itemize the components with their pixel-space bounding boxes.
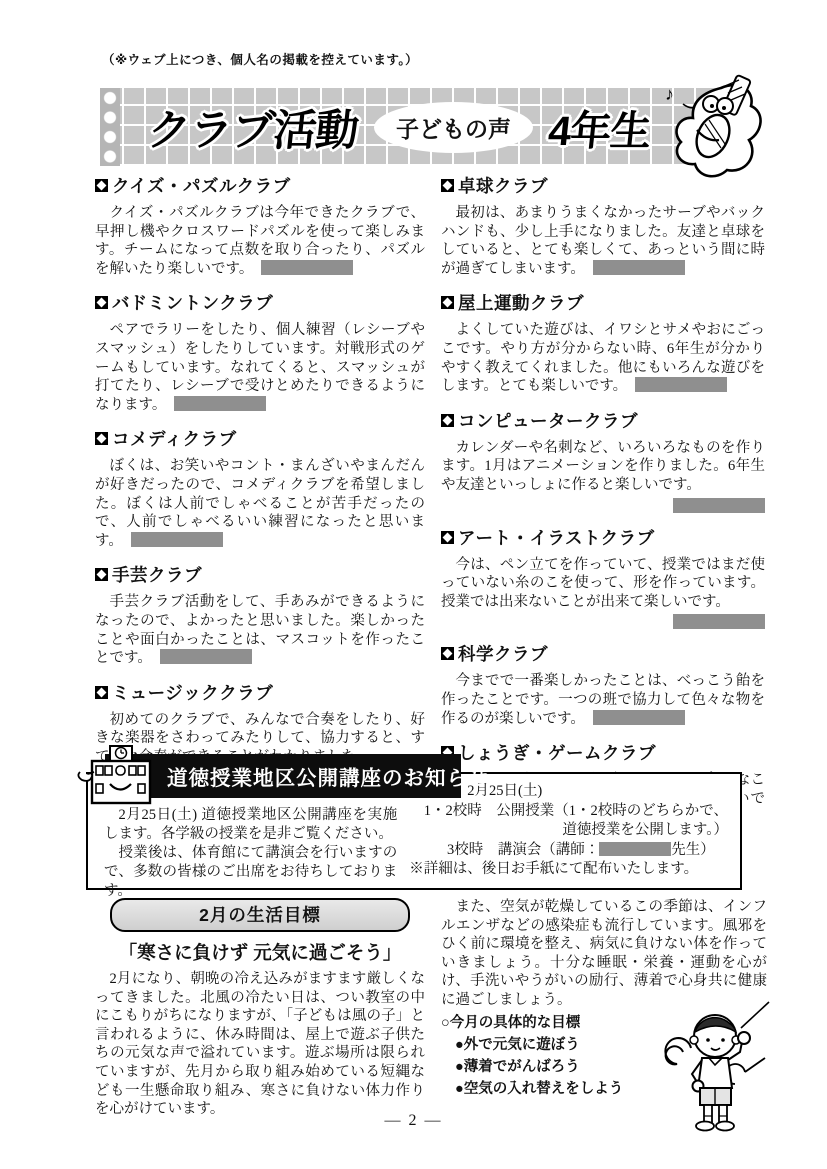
club-columns: クイズ・パズルクラブ クイズ・パズルクラブは今年できたクラブで、早押し機やクロス… [95, 173, 765, 839]
lecture-post: 先生） [671, 842, 715, 858]
club-column-right: 卓球クラブ 最初は、あまりうまくなかったサーブやバックハンドも、少し上手になりま… [441, 173, 765, 839]
club-section-rooftop: 屋上運動クラブ よくしていた遊びは、イワシとサメやおにごっこです。やり方が分から… [441, 290, 765, 395]
club-body: ペアでラリーをしたり、個人練習（レシーブやスマッシュ）をしたりしています。対戦形… [95, 321, 425, 414]
redacted-lecturer-name [599, 842, 671, 856]
goal-body-left: 2月になり、朝晩の冷え込みがますます厳しくなってきました。北風の冷たい日は、つい… [95, 970, 425, 1119]
notice-title: 道徳授業地区公開講座のお知らせ [167, 761, 489, 791]
club-body: 今は、ペン立てを作っていて、授業ではまだ使っていない糸のこを使って、形を作ってい… [441, 556, 765, 630]
club-body: 手芸クラブ活動をして、手あみができるようになったので、よかったと思いました。楽し… [95, 593, 425, 667]
club-name: コメディクラブ [112, 426, 237, 451]
goal-left-column: 2月の生活目標 「寒さに負けず 元気に過ごそう」 2月になり、朝晩の冷え込みがま… [95, 898, 425, 1119]
banner-title: クラブ活動 [145, 97, 361, 158]
redacted-student-name [261, 260, 353, 275]
title-banner: クラブ活動 子どもの声 4年生 ♪ [100, 88, 745, 166]
club-heading: 科学クラブ [441, 641, 765, 666]
diamond-bullet-icon [441, 647, 454, 660]
club-heading: 屋上運動クラブ [441, 290, 765, 315]
club-section-science: 科学クラブ 今までで一番楽しかったことは、べっこう飴を作ったことです。一つの班で… [441, 641, 765, 728]
schedule-note: ※詳細は、後日お手紙にて配布いたします。 [409, 860, 728, 880]
club-heading: アート・イラストクラブ [441, 525, 765, 550]
club-body: ぼくは、お笑いやコント・まんざいやまんだんが好きだったので、コメディクラブを希望… [95, 457, 425, 550]
redacted-student-name [593, 710, 685, 725]
banner-grade: 4年生 [546, 98, 654, 157]
redacted-student-name [635, 377, 727, 392]
diamond-bullet-icon [95, 296, 108, 309]
schedule-open-class: 1・2校時 公開授業（1・2校時のどちらかで、 [409, 802, 728, 822]
goal-body-right: また、空気が乾燥しているこの季節は、インフルエンザなどの感染症も流行しています。… [441, 898, 767, 1010]
monthly-goal-section: 2月の生活目標 「寒さに負けず 元気に過ごそう」 2月になり、朝晩の冷え込みがま… [95, 898, 767, 1119]
diamond-bullet-icon [95, 686, 108, 699]
notice-paragraph-2: 授業後は、体育館にて講演会を行いますので、多数の皆様のご出席をお待ちしております… [104, 844, 397, 901]
diamond-bullet-icon [441, 179, 454, 192]
schedule-open-class-cont: 道徳授業を公開します。） [409, 821, 728, 841]
goal-heading: 「寒さに負けず 元気に過ごそう」 [95, 939, 425, 965]
club-heading: 卓球クラブ [441, 173, 765, 198]
banner-oval-badge: 子どもの声 [374, 102, 533, 153]
banner-content: クラブ活動 子どもの声 4年生 [100, 88, 745, 166]
club-body: カレンダーや名刺など、いろいろなものを作ります。1月はアニメーションを作りました… [441, 439, 765, 513]
school-building-icon [76, 742, 164, 818]
redacted-student-name [174, 396, 266, 411]
club-name: 屋上運動クラブ [458, 290, 584, 315]
club-body-text: カレンダーや名刺など、いろいろなものを作ります。1月はアニメーションを作りました… [441, 440, 765, 493]
diamond-bullet-icon [441, 531, 454, 544]
club-name: 卓球クラブ [458, 173, 548, 198]
privacy-note: （※ウェブ上につき、個人名の掲載を控えています。） [102, 50, 418, 68]
diamond-bullet-icon [441, 296, 454, 309]
club-body: よくしていた遊びは、イワシとサメやおにごっこです。やり方が分からない時、6年生が… [441, 321, 765, 395]
redacted-student-name [673, 498, 765, 513]
club-name: 科学クラブ [458, 641, 548, 666]
club-column-left: クイズ・パズルクラブ クイズ・パズルクラブは今年できたクラブで、早押し機やクロス… [95, 173, 425, 796]
redacted-student-name [131, 532, 223, 547]
club-body-text: クイズ・パズルクラブは今年できたクラブで、早押し機やクロスワードパズルを使って楽… [95, 205, 425, 277]
redacted-student-name [673, 614, 765, 629]
schedule-lecture: 3校時 講演会（講師：先生） [409, 841, 728, 861]
guitar-character-icon: ♪ [659, 74, 771, 182]
club-body-text: 今は、ペン立てを作っていて、授業ではまだ使っていない糸のこを使って、形を作ってい… [441, 557, 765, 610]
club-name: バドミントンクラブ [112, 290, 273, 315]
moral-class-notice-box: 道徳授業地区公開講座のお知らせ 2月25日(土) 道徳授業地区公開講座を実施しま… [86, 772, 742, 890]
club-name: クイズ・パズルクラブ [112, 173, 291, 198]
newsletter-page: （※ウェブ上につき、個人名の掲載を控えています。） クラブ活動 子どもの声 4年… [0, 0, 827, 1169]
club-section-handicraft: 手芸クラブ 手芸クラブ活動をして、手あみができるようになったので、よかったと思い… [95, 562, 425, 667]
diamond-bullet-icon [95, 432, 108, 445]
music-note-glyph: ♪ [665, 84, 674, 104]
club-heading: 手芸クラブ [95, 562, 425, 587]
club-section-tabletennis: 卓球クラブ 最初は、あまりうまくなかったサーブやバックハンドも、少し上手になりま… [441, 173, 765, 278]
lecture-pre: 3校時 講演会（講師： [447, 842, 599, 858]
redacted-student-name [593, 260, 685, 275]
club-heading: コンピュータークラブ [441, 408, 765, 433]
club-body: 最初は、あまりうまくなかったサーブやバックハンドも、少し上手になりました。友達と… [441, 204, 765, 278]
club-body: 今までで一番楽しかったことは、べっこう飴を作ったことです。一つの班で協力して色々… [441, 672, 765, 728]
club-heading: しょうぎ・ゲームクラブ [441, 740, 765, 765]
club-heading: コメディクラブ [95, 426, 425, 451]
diamond-bullet-icon [441, 414, 454, 427]
diamond-bullet-icon [95, 568, 108, 581]
redacted-student-name [160, 649, 252, 664]
club-heading: ミュージッククラブ [95, 680, 425, 705]
club-section-badminton: バドミントンクラブ ペアでラリーをしたり、個人練習（レシーブやスマッシュ）をした… [95, 290, 425, 414]
goal-right-column: また、空気が乾燥しているこの季節は、インフルエンザなどの感染症も流行しています。… [441, 898, 767, 1100]
club-name: コンピュータークラブ [458, 408, 638, 433]
diamond-bullet-icon [95, 179, 108, 192]
club-body-text: 手芸クラブ活動をして、手あみができるようになったので、よかったと思いました。楽し… [95, 594, 425, 666]
club-section-quiz: クイズ・パズルクラブ クイズ・パズルクラブは今年できたクラブで、早押し機やクロス… [95, 173, 425, 278]
club-section-computer: コンピュータークラブ カレンダーや名刺など、いろいろなものを作ります。1月はアニ… [441, 408, 765, 513]
club-section-comedy: コメディクラブ ぼくは、お笑いやコント・まんざいやまんだんが好きだったので、コメ… [95, 426, 425, 550]
club-body: クイズ・パズルクラブは今年できたクラブで、早押し機やクロスワードパズルを使って楽… [95, 204, 425, 278]
club-heading: クイズ・パズルクラブ [95, 173, 425, 198]
page-number: — 2 — [0, 1112, 827, 1130]
club-heading: バドミントンクラブ [95, 290, 425, 315]
goal-badge: 2月の生活目標 [110, 898, 410, 932]
club-name: ミュージッククラブ [112, 680, 273, 705]
club-name: アート・イラストクラブ [458, 525, 655, 550]
club-section-art: アート・イラストクラブ 今は、ペン立てを作っていて、授業ではまだ使っていない糸の… [441, 525, 765, 630]
club-name: 手芸クラブ [112, 562, 202, 587]
